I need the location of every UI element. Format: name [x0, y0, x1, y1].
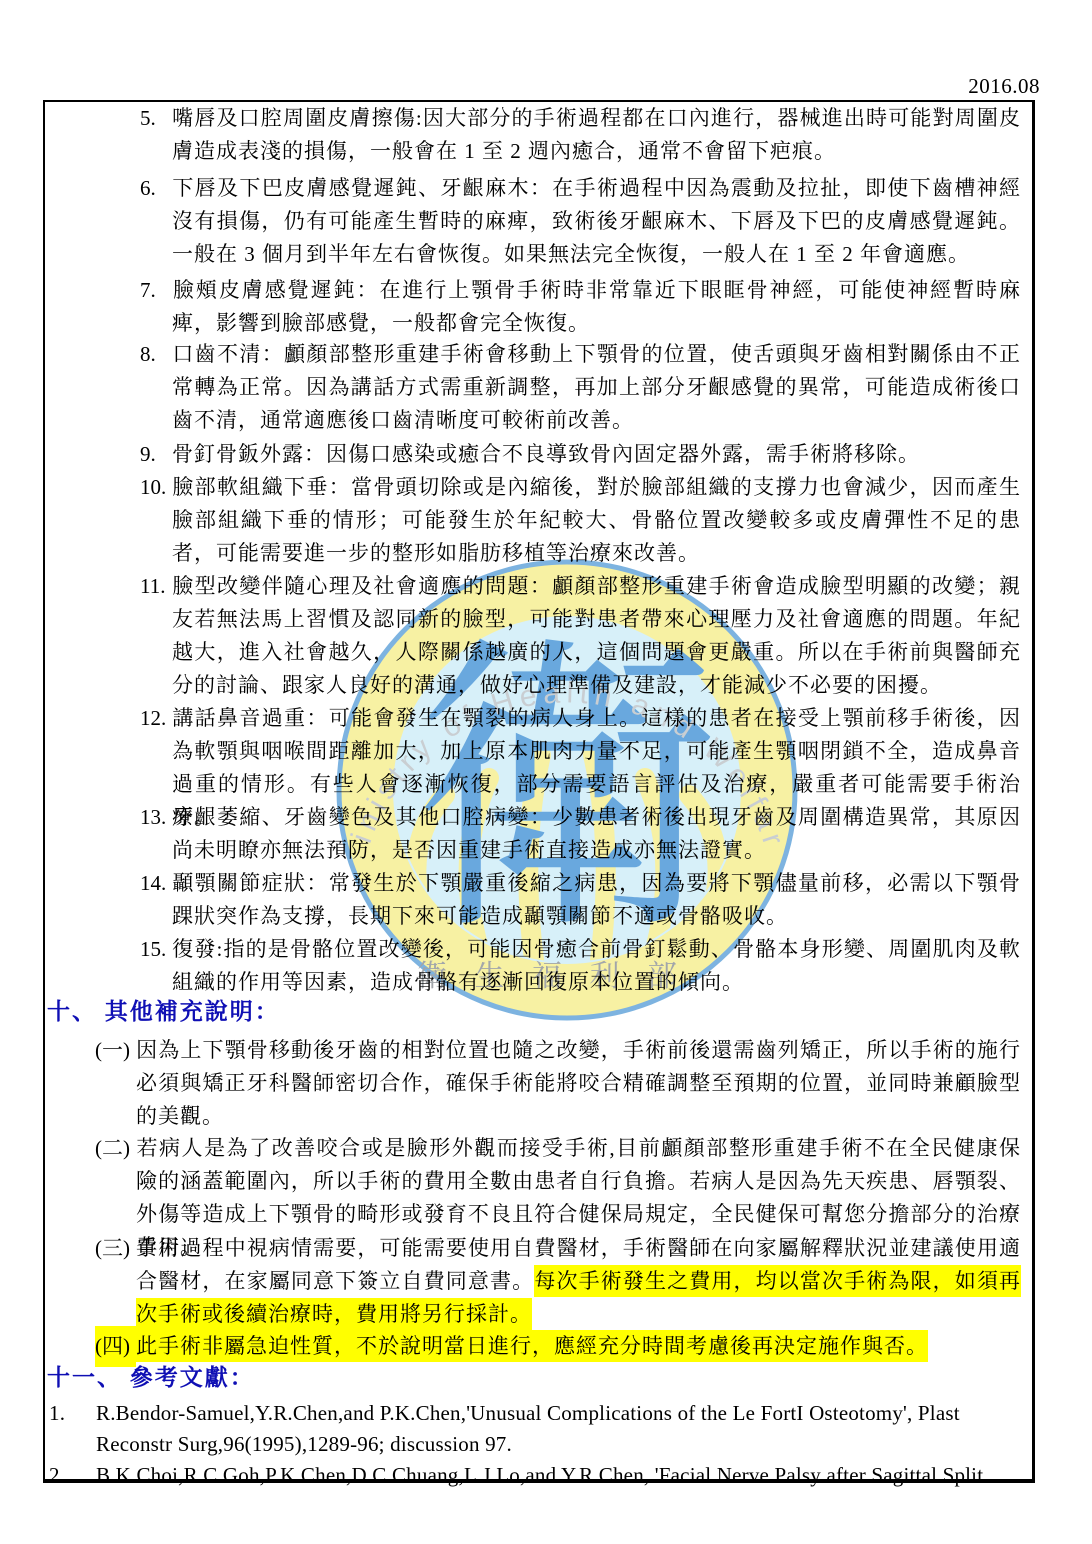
reference-item: 1.R.Bendor-Samuel,Y.R.Chen,and P.K.Chen,… — [49, 1398, 989, 1460]
document-border-frame: 衛 Ministry of Health and Welfare 衛 生 福 利… — [43, 100, 1035, 1483]
references-list: 1.R.Bendor-Samuel,Y.R.Chen,and P.K.Chen,… — [45, 102, 1032, 1479]
reference-number: 1. — [49, 1398, 96, 1429]
reference-item: 2.B.K.Choi,R.C.Goh,P.K.Chen,D.C.Chuang,L… — [49, 1460, 989, 1491]
reference-text: B.K.Choi,R.C.Goh,P.K.Chen,D.C.Chuang,L.J… — [96, 1463, 983, 1487]
date-stamp: 2016.08 — [968, 74, 1040, 99]
reference-text: R.Bendor-Samuel,Y.R.Chen,and P.K.Chen,'U… — [96, 1401, 960, 1456]
document-content: 5.嘴唇及口腔周圍皮膚擦傷:因大部分的手術過程都在口內進行，器械進出時可能對周圍… — [45, 102, 1032, 1479]
reference-number: 2. — [49, 1460, 96, 1491]
consent-form-page: 2016.08 衛 Mini — [0, 0, 1092, 1544]
